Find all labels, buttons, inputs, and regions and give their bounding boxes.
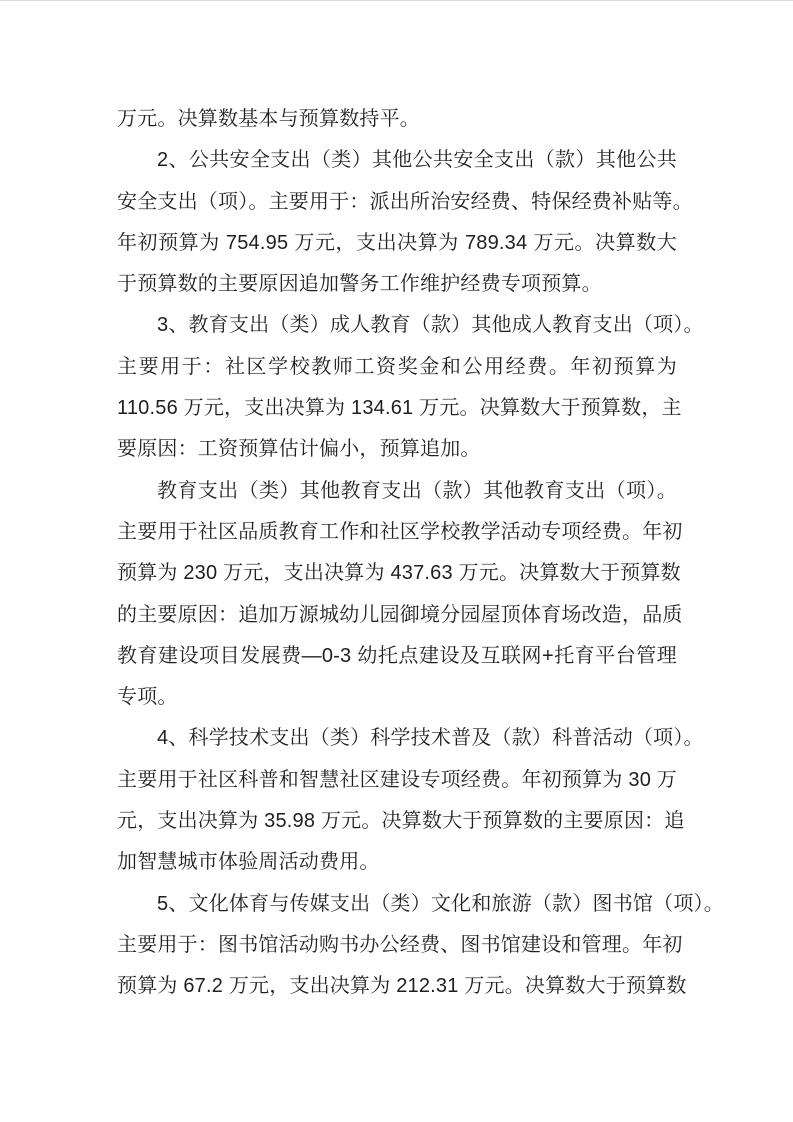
text-line: 年初预算为 754.95 万元，支出决算为 789.34 万元。决算数大 xyxy=(117,223,677,264)
text-line: 的主要原因：追加万源城幼儿园御境分园屋顶体育场改造，品质 xyxy=(117,595,677,636)
text-line: 3、教育支出（类）成人教育（款）其他成人教育支出（项）。 xyxy=(117,305,677,346)
text-line: 于预算数的主要原因追加警务工作维护经费专项预算。 xyxy=(117,264,677,305)
text-line: 主要用于：社区学校教师工资奖金和公用经费。年初预算为 xyxy=(117,347,677,388)
text-line: 教育支出（类）其他教育支出（款）其他教育支出（项）。 xyxy=(117,471,677,512)
document-page: 万元。决算数基本与预算数持平。 2、公共安全支出（类）其他公共安全支出（款）其他… xyxy=(0,0,793,1122)
text-line: 主要用于社区科普和智慧社区建设专项经费。年初预算为 30 万 xyxy=(117,760,677,801)
paragraph: 教育支出（类）其他教育支出（款）其他教育支出（项）。 主要用于社区品质教育工作和… xyxy=(117,471,677,719)
text-line: 安全支出（项）。主要用于：派出所治安经费、特保经费补贴等。 xyxy=(117,182,677,223)
paragraph: 2、公共安全支出（类）其他公共安全支出（款）其他公共 安全支出（项）。主要用于：… xyxy=(117,140,677,305)
text-line: 2、公共安全支出（类）其他公共安全支出（款）其他公共 xyxy=(117,140,677,181)
text-line: 教育建设项目发展费—0-3 幼托点建设及互联网+托育平台管理 xyxy=(117,636,677,677)
page-top-edge xyxy=(0,0,793,1)
paragraph: 4、科学技术支出（类）科学技术普及（款）科普活动（项）。 主要用于社区科普和智慧… xyxy=(117,718,677,883)
text-line: 主要用于社区品质教育工作和社区学校教学活动专项经费。年初 xyxy=(117,512,677,553)
document-text-block: 万元。决算数基本与预算数持平。 2、公共安全支出（类）其他公共安全支出（款）其他… xyxy=(117,99,677,1008)
text-line: 元，支出决算为 35.98 万元。决算数大于预算数的主要原因：追 xyxy=(117,801,677,842)
text-line: 加智慧城市体验周活动费用。 xyxy=(117,842,677,883)
text-line: 5、文化体育与传媒支出（类）文化和旅游（款）图书馆（项）。 xyxy=(117,884,677,925)
text-line: 预算为 67.2 万元，支出决算为 212.31 万元。决算数大于预算数 xyxy=(117,966,677,1007)
text-line: 主要用于：图书馆活动购书办公经费、图书馆建设和管理。年初 xyxy=(117,925,677,966)
text-line: 预算为 230 万元，支出决算为 437.63 万元。决算数大于预算数 xyxy=(117,553,677,594)
text-line: 110.56 万元，支出决算为 134.61 万元。决算数大于预算数，主 xyxy=(117,388,677,429)
text-line: 专项。 xyxy=(117,677,677,718)
text-line: 要原因：工资预算估计偏小，预算追加。 xyxy=(117,429,677,470)
paragraph: 5、文化体育与传媒支出（类）文化和旅游（款）图书馆（项）。 主要用于：图书馆活动… xyxy=(117,884,677,1008)
text-line: 万元。决算数基本与预算数持平。 xyxy=(117,99,677,140)
text-line: 4、科学技术支出（类）科学技术普及（款）科普活动（项）。 xyxy=(117,718,677,759)
paragraph: 3、教育支出（类）成人教育（款）其他成人教育支出（项）。 主要用于：社区学校教师… xyxy=(117,305,677,470)
paragraph: 万元。决算数基本与预算数持平。 xyxy=(117,99,677,140)
